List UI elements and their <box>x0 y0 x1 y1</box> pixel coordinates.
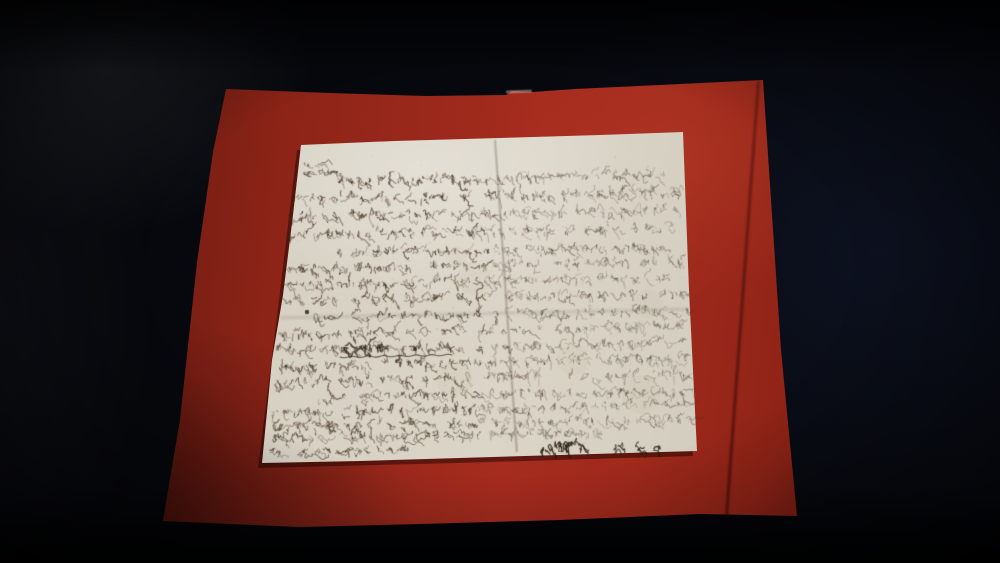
handwriting-ink-layer <box>0 0 1000 563</box>
photo-of-letter-scene <box>0 0 1000 563</box>
